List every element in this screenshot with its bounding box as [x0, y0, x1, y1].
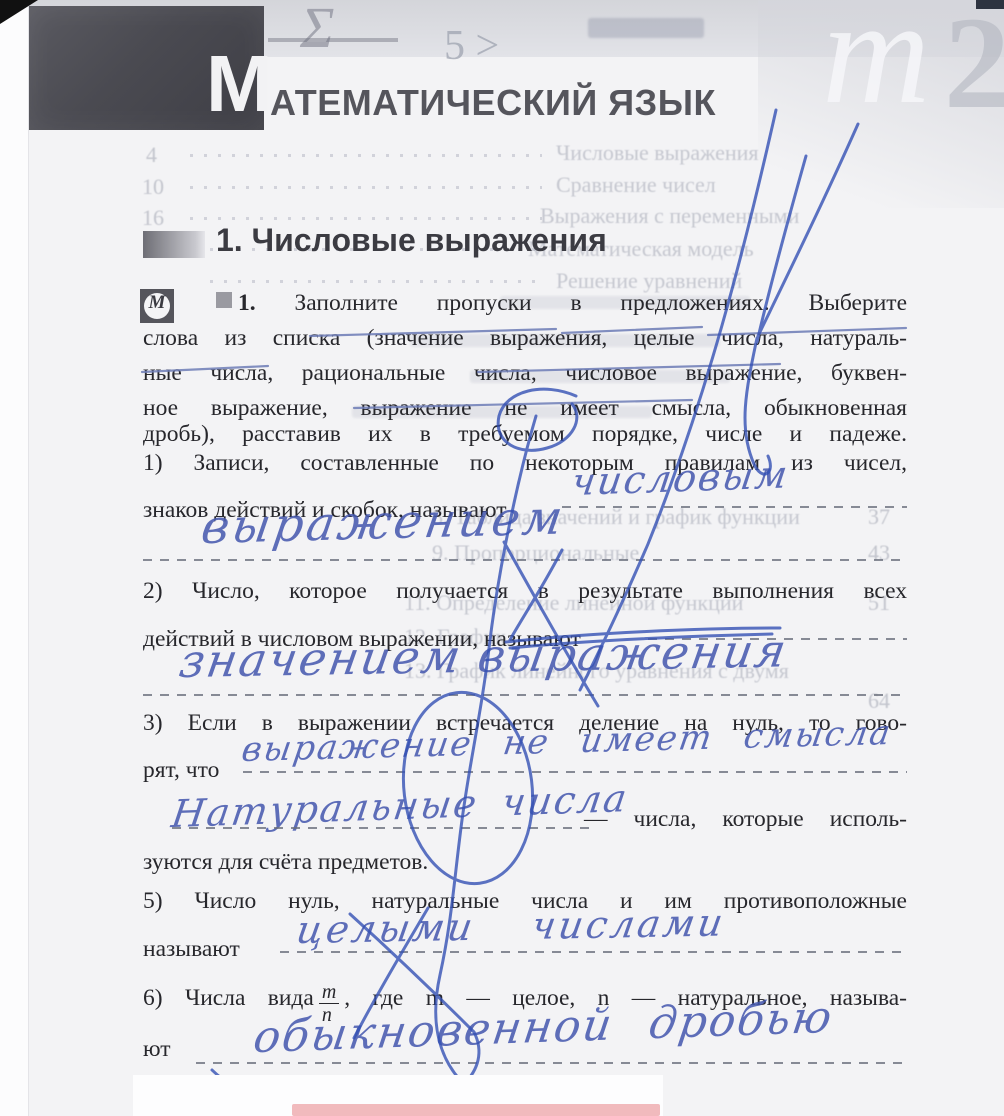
item-line: — числа, которые исполь-: [584, 806, 907, 832]
item-line: зуются для счёта предметов.: [143, 849, 428, 875]
answer-line: [196, 1062, 907, 1064]
task-intro: Заполните пропуски в предложениях. Выбер…: [294, 290, 907, 316]
bleed-page-number: 10: [142, 174, 164, 200]
handwritten-answer: целыми числами: [294, 900, 729, 952]
m-watermark: m: [822, 0, 930, 138]
bleed-toc-row: Числовые выражения: [556, 140, 759, 166]
task-number: 1.: [238, 290, 256, 316]
sigma-strike: [268, 38, 398, 42]
item-line: ют: [143, 1036, 171, 1062]
scan-edge-left: [0, 0, 29, 1116]
corner-strip-right: [976, 0, 1004, 9]
answer-line: [143, 559, 907, 561]
chapter-title: АТЕМАТИЧЕСКИЙ ЯЗЫК: [270, 82, 716, 124]
handwritten-answer: числовым: [569, 452, 792, 504]
numeral-watermark: 2: [944, 0, 1004, 139]
item-line: 1) Записи, составленные по некоторым пра…: [143, 450, 907, 476]
workbook-page: Σ 5 > m 2 4 Числовые выражения 10 Сравне…: [0, 0, 1004, 1116]
item-line: 2) Число, которое получается в результат…: [143, 578, 907, 604]
m-badge-letter: М: [140, 292, 174, 314]
task-bullet-icon: [216, 292, 232, 308]
fraction-numerator: m: [319, 982, 339, 1003]
answer-line: [143, 694, 907, 696]
bleed-leader: [190, 154, 542, 157]
item-line: рят, что: [143, 757, 219, 783]
answer-line: [172, 827, 597, 829]
task-line: дробь), расставив их в требуемом порядке…: [143, 421, 907, 447]
handwritten-answer: значением выражения: [176, 623, 792, 688]
m-badge-icon: М: [140, 289, 174, 323]
section-bar: [143, 231, 205, 258]
answer-line: [243, 771, 907, 773]
task-line: ные числа, рациональные числа, числовое …: [143, 360, 907, 386]
task-line: ное выражение, выражение не имеет смысла…: [143, 395, 907, 421]
bleed-page-number: 16: [142, 205, 164, 231]
cover-label-ghost: [588, 18, 704, 38]
item-line: называют: [143, 936, 240, 962]
task-line: слова из списка (значение выражения, цел…: [143, 325, 907, 351]
page-marker: 5 >: [444, 22, 499, 70]
chapter-title-initial: М: [206, 44, 273, 124]
bleed-page-number: 43: [868, 540, 890, 566]
answer-line: [280, 951, 907, 953]
handwritten-answer: выражением: [198, 490, 569, 555]
bleed-page-number: 4: [146, 142, 157, 168]
sigma-watermark-icon: Σ: [300, 0, 334, 61]
pink-strip: [292, 1104, 660, 1116]
task-intro-line: 1. Заполните пропуски в предложениях. Вы…: [238, 290, 907, 316]
bleed-toc-row: Сравнение чисел: [556, 172, 716, 198]
answer-line: [562, 506, 907, 508]
item-text: 6) Числа вида: [143, 985, 314, 1011]
bleed-leader: [210, 280, 540, 283]
section-title: 1. Числовые выражения: [216, 222, 607, 259]
bleed-leader: [190, 217, 542, 220]
bleed-leader: [190, 186, 542, 189]
